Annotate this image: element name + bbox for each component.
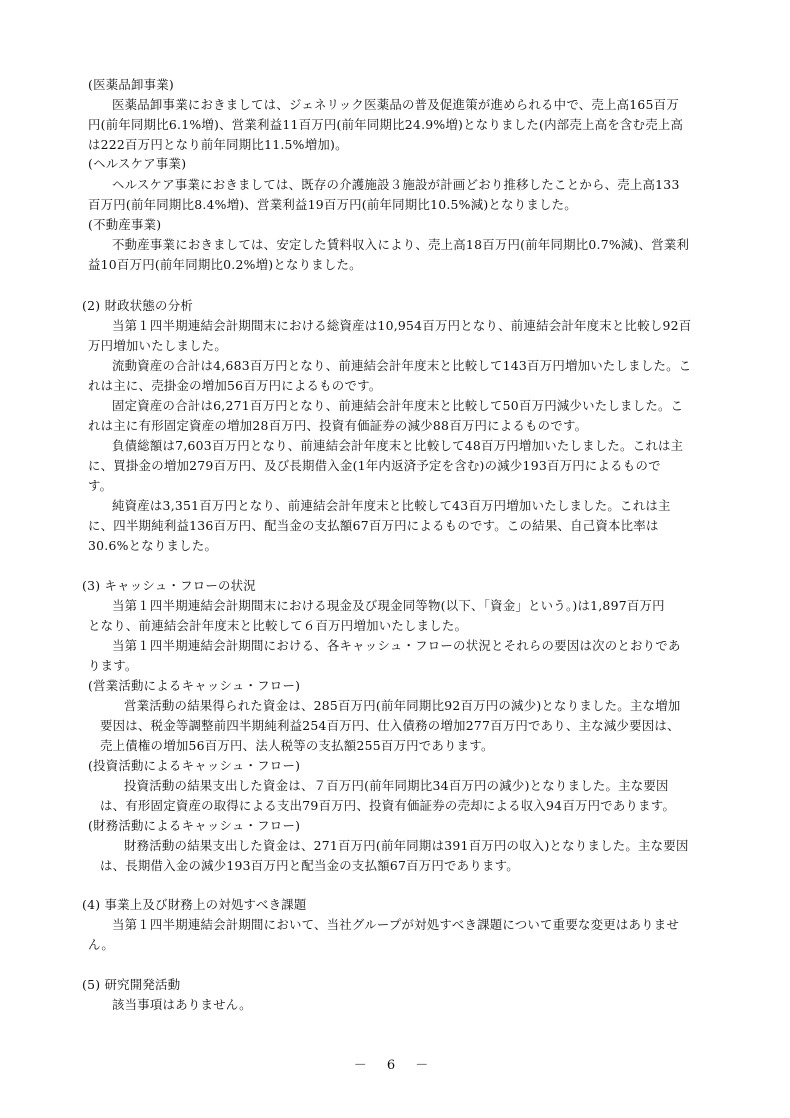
paragraph-line: 当第１四半期連結会計期間における、各キャッシュ・フローの状況とそれらの要因は次の… — [112, 636, 681, 655]
paragraph-line: 純資産は3,351百万円となり、前連結会計年度末と比較して43百万円増加いたしま… — [112, 496, 671, 515]
segment-heading-healthcare: (ヘルスケア事業) — [88, 154, 186, 173]
segment-heading-wholesale: (医薬品卸事業) — [88, 75, 174, 94]
paragraph-line: に、買掛金の増加279百万円、及び長期借入金(1年内返済予定を含む)の減少193… — [88, 456, 661, 475]
paragraph-line: す。 — [88, 476, 112, 495]
paragraph-line: 百万円(前年同期比8.4%増)、営業利益19百万円(前年同期比10.5%減)とな… — [88, 195, 577, 214]
subheading-financing-cf: (財務活動によるキャッシュ・フロー) — [88, 816, 300, 835]
paragraph-line: は222百万円となり前年同期比11.5%増加)。 — [88, 135, 348, 154]
section-heading-issues: (4) 事業上及び財務上の対処すべき課題 — [82, 895, 307, 914]
paragraph-line: ります。 — [88, 656, 138, 675]
paragraph-line: 当第１四半期連結会計期間末における総資産は10,954百万円となり、前連結会計年… — [112, 316, 691, 335]
paragraph-line: れは主に有形固定資産の増加28百万円、投資有価証券の減少88百万円によるものです… — [88, 416, 587, 435]
paragraph-line: 医薬品卸事業におきましては、ジェネリック医薬品の普及促進策が進められる中で、売上… — [112, 95, 679, 114]
paragraph-line: 万円増加いたしました。 — [88, 336, 227, 355]
paragraph-line: となり、前連結会計年度末と比較して６百万円増加いたしました。 — [88, 616, 467, 635]
paragraph-line: 固定資産の合計は6,271百万円となり、前連結会計年度末と比較して50百万円減少… — [112, 396, 683, 415]
paragraph-line: ん。 — [88, 935, 114, 954]
paragraph-line: 営業活動の結果得られた資金は、285百万円(前年同期比92百万円の減少)となりま… — [124, 696, 680, 715]
section-heading-cash-flow: (3) キャッシュ・フローの状況 — [82, 576, 256, 595]
document-page: (医薬品卸事業) 医薬品卸事業におきましては、ジェネリック医薬品の普及促進策が進… — [0, 0, 790, 1118]
segment-heading-realestate: (不動産事業) — [88, 215, 161, 234]
paragraph-line: 円(前年同期比6.1%増)、営業利益11百万円(前年同期比24.9%増)となりま… — [88, 115, 683, 134]
paragraph-line: ヘルスケア事業におきましては、既存の介護施設３施設が計画どおり推移したことから、… — [112, 175, 680, 194]
page-number: － 6 － — [0, 1054, 790, 1073]
paragraph-line: 売上債権の増加56百万円、法人税等の支払額255百万円であります。 — [100, 736, 494, 755]
paragraph-line: 当第１四半期連結会計期間末における現金及び現金同等物(以下、「資金」という。)は… — [112, 596, 665, 615]
subheading-operating-cf: (営業活動によるキャッシュ・フロー) — [88, 676, 300, 695]
paragraph-line: 要因は、税金等調整前四半期純利益254百万円、仕入債務の増加277百万円であり、… — [100, 716, 680, 735]
section-heading-financial-position: (2) 財政状態の分析 — [82, 296, 193, 315]
subheading-investing-cf: (投資活動によるキャッシュ・フロー) — [88, 756, 300, 775]
paragraph-line: は、有形固定資産の取得による支出79百万円、投資有価証券の売却による収入94百万… — [100, 796, 675, 815]
paragraph-line: 財務活動の結果支出した資金は、271百万円(前年同期は391百万円の収入)となり… — [124, 836, 689, 855]
paragraph-line: 流動資産の合計は4,683百万円となり、前連結会計年度末と比較して143百万円増… — [112, 356, 691, 375]
paragraph-line: に、四半期純利益136百万円、配当金の支払額67百万円によるものです。この結果、… — [88, 516, 659, 535]
paragraph-line: れは主に、売掛金の増加56百万円によるものです。 — [88, 376, 381, 395]
paragraph-line: 該当事項はありません。 — [112, 995, 252, 1014]
section-heading-rnd: (5) 研究開発活動 — [82, 975, 180, 994]
paragraph-line: 益10百万円(前年同期比0.2%増)となりました。 — [88, 255, 362, 274]
paragraph-line: 不動産事業におきましては、安定した賃料収入により、売上高18百万円(前年同期比0… — [112, 235, 689, 254]
paragraph-line: は、長期借入金の減少193百万円と配当金の支払額67百万円であります。 — [100, 856, 519, 875]
paragraph-line: 負債総額は7,603百万円となり、前連結会計年度末と比較して48百万円増加いたし… — [112, 436, 683, 455]
paragraph-line: 当第１四半期連結会計期間において、当社グループが対処すべき課題について重要な変更… — [112, 915, 679, 934]
paragraph-line: 30.6%となりました。 — [88, 536, 217, 555]
paragraph-line: 投資活動の結果支出した資金は、７百万円(前年同期比34百万円の減少)となりました… — [124, 776, 669, 795]
